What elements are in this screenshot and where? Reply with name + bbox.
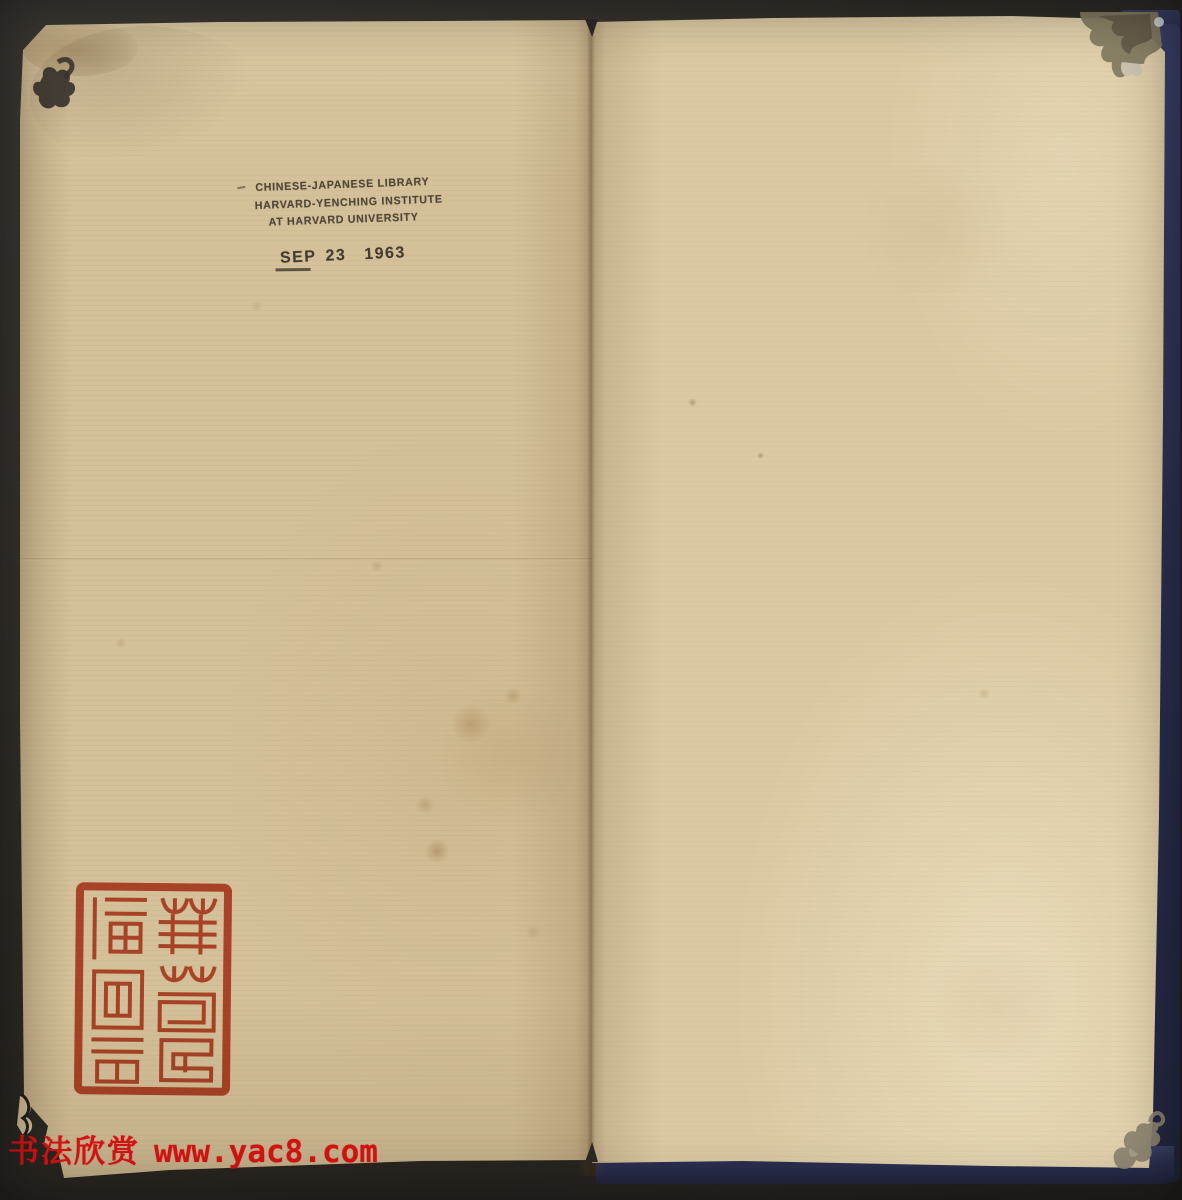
stain [30, 26, 262, 168]
paper-crease [20, 558, 592, 561]
date-stamp-month: SEP [280, 248, 317, 267]
stain [504, 688, 522, 704]
stain [250, 300, 264, 312]
watermark: 书法欣赏www.yac8.com [8, 1126, 378, 1171]
stain [922, 944, 1072, 1064]
stain [440, 680, 580, 830]
collector-seal [73, 881, 233, 1097]
right-page [592, 16, 1166, 1178]
date-stamp-day: 23 [325, 247, 347, 265]
watermark-cjk-text: 书法欣赏 [8, 1134, 140, 1170]
stain [450, 706, 492, 742]
book-scan: CHINESE-JAPANESE LIBRARY HARVARD-YENCHIN… [0, 0, 1182, 1200]
ink-blot [28, 56, 82, 118]
library-stamp: CHINESE-JAPANESE LIBRARY HARVARD-YENCHIN… [251, 174, 435, 233]
stain [978, 688, 991, 699]
stain [115, 638, 127, 648]
left-page: CHINESE-JAPANESE LIBRARY HARVARD-YENCHIN… [20, 20, 592, 1180]
date-stamp-year: 1963 [364, 244, 406, 263]
stamp-artifact-mark [237, 186, 245, 189]
collector-seal-graphic [78, 886, 228, 1092]
date-stamp-underline [276, 268, 311, 271]
stain [370, 560, 384, 572]
stain [424, 840, 450, 862]
stain [850, 164, 1020, 294]
stain [757, 452, 764, 459]
stain [22, 20, 138, 76]
date-stamp: SEP231963 [280, 244, 407, 267]
stain [415, 796, 435, 814]
stain [688, 398, 697, 407]
stain [525, 925, 541, 939]
watermark-url-text: www.yac8.com [154, 1134, 378, 1170]
